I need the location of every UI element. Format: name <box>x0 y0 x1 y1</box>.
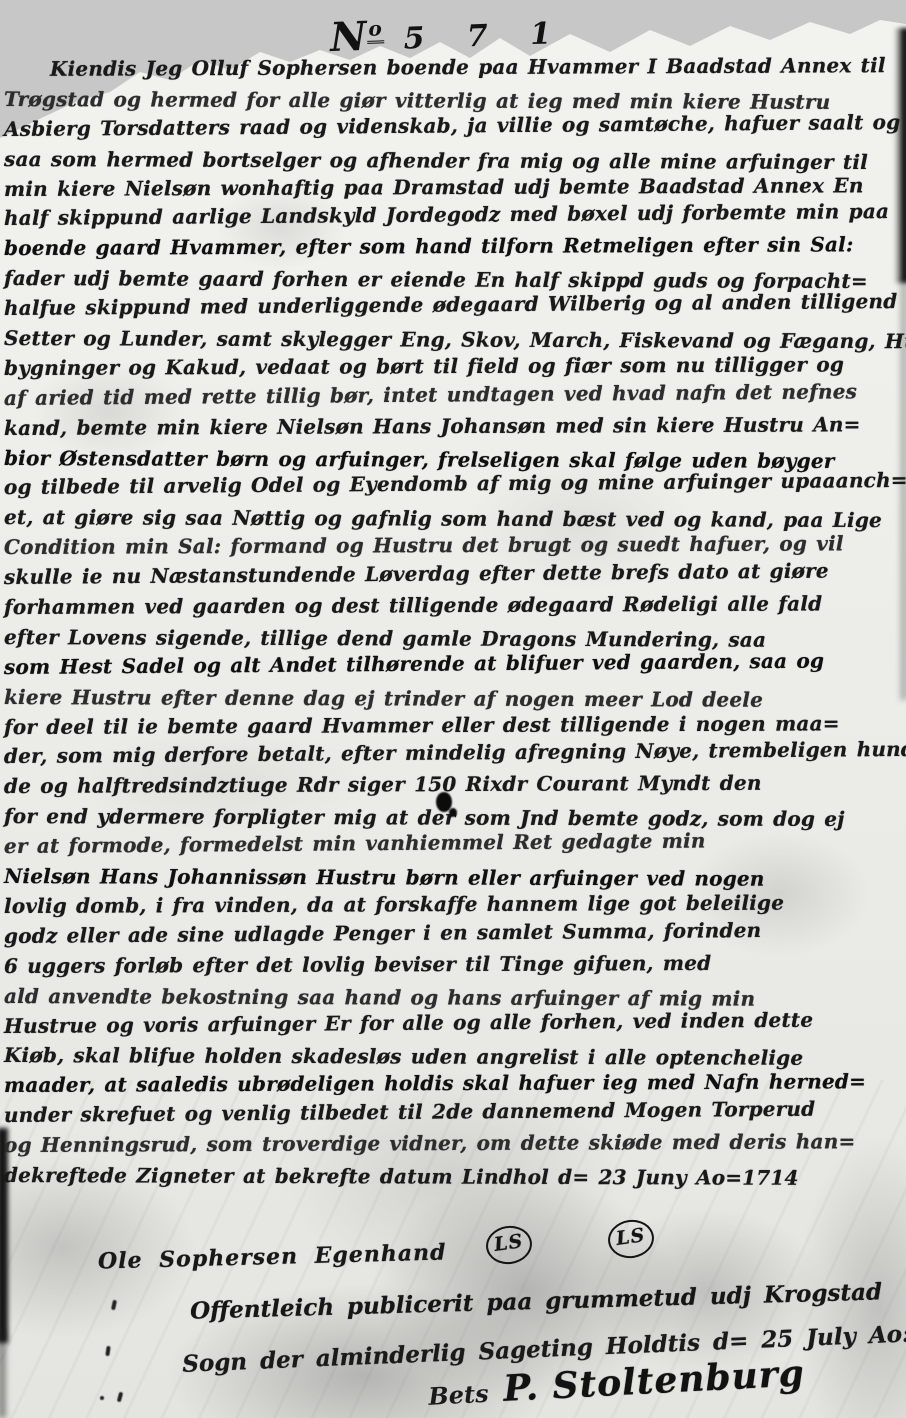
text-line: forhammen ved gaarden og dest tilligende… <box>4 589 904 623</box>
manuscript-scan-page: No 5 7 1 Kiendis Jeg Olluf Sophersen boe… <box>0 0 906 1418</box>
text-line: og Henningsrud, som troverdige vidner, o… <box>4 1127 904 1161</box>
seller-signature-line: Ole Sophersen Egenhand <box>98 1239 447 1274</box>
document-number-superscript: o <box>366 16 384 44</box>
text-line: 6 uggers forløb efter det lovlig beviser… <box>4 948 904 982</box>
publication-note-line-1: Offentleich publicerit paa grummetud udj… <box>190 1278 883 1324</box>
text-line: under skrefuet og venlig tilbedet til 2d… <box>4 1094 904 1131</box>
ink-blot <box>449 808 457 817</box>
text-line: de og halftredsindztiuge Rdr siger 150 R… <box>4 768 904 802</box>
attestation-prefix: Bets <box>428 1379 490 1411</box>
stray-ink-mark <box>105 1346 110 1356</box>
seal-ls-icon: LS <box>484 1223 535 1267</box>
scan-edge-fade-left <box>0 1330 6 1418</box>
stray-ink-mark <box>111 1300 117 1311</box>
text-line: er at formode, formedelst min vanhiemmel… <box>4 825 904 862</box>
text-line: godz eller ade sine udlagde Penger i en … <box>4 915 904 952</box>
seal-ls-icon: LS <box>606 1217 657 1261</box>
text-line: af aried tid med rette tillig bør, intet… <box>4 377 904 414</box>
stray-ink-mark <box>100 1396 104 1400</box>
text-line: dekreftede Zigneter at bekrefte datum Li… <box>4 1161 904 1194</box>
text-line: og tilbede til arvelig Odel og Eyendomb … <box>4 466 904 503</box>
document-number-digits: 5 7 1 <box>403 16 568 57</box>
text-line: Asbierg Torsdatters raad og videnskab, j… <box>4 108 904 145</box>
text-line: skulle ie nu Næstanstundende Løverdag ef… <box>4 556 904 593</box>
text-line: boende gaard Hvammer, efter som hand til… <box>4 230 904 264</box>
text-line: der, som mig derfore betalt, efter minde… <box>4 735 904 772</box>
text-line: kand, bemte min kiere Nielsøn Hans Johan… <box>4 410 904 444</box>
text-line: som Hest Sadel og alt Andet tilhørende a… <box>4 646 904 683</box>
text-line: Kiendis Jeg Olluf Sophersen boende paa H… <box>4 51 904 85</box>
text-line: half skippund aarlige Landskyld Jordegod… <box>4 197 904 234</box>
deed-body-text: Kiendis Jeg Olluf Sophersen boende paa H… <box>4 55 904 1191</box>
stray-ink-mark <box>117 1392 123 1403</box>
text-line: Hustrue og voris arfuinger Er for alle o… <box>4 1004 904 1041</box>
text-line: halfue skippund med underliggende ødegaa… <box>4 287 904 324</box>
